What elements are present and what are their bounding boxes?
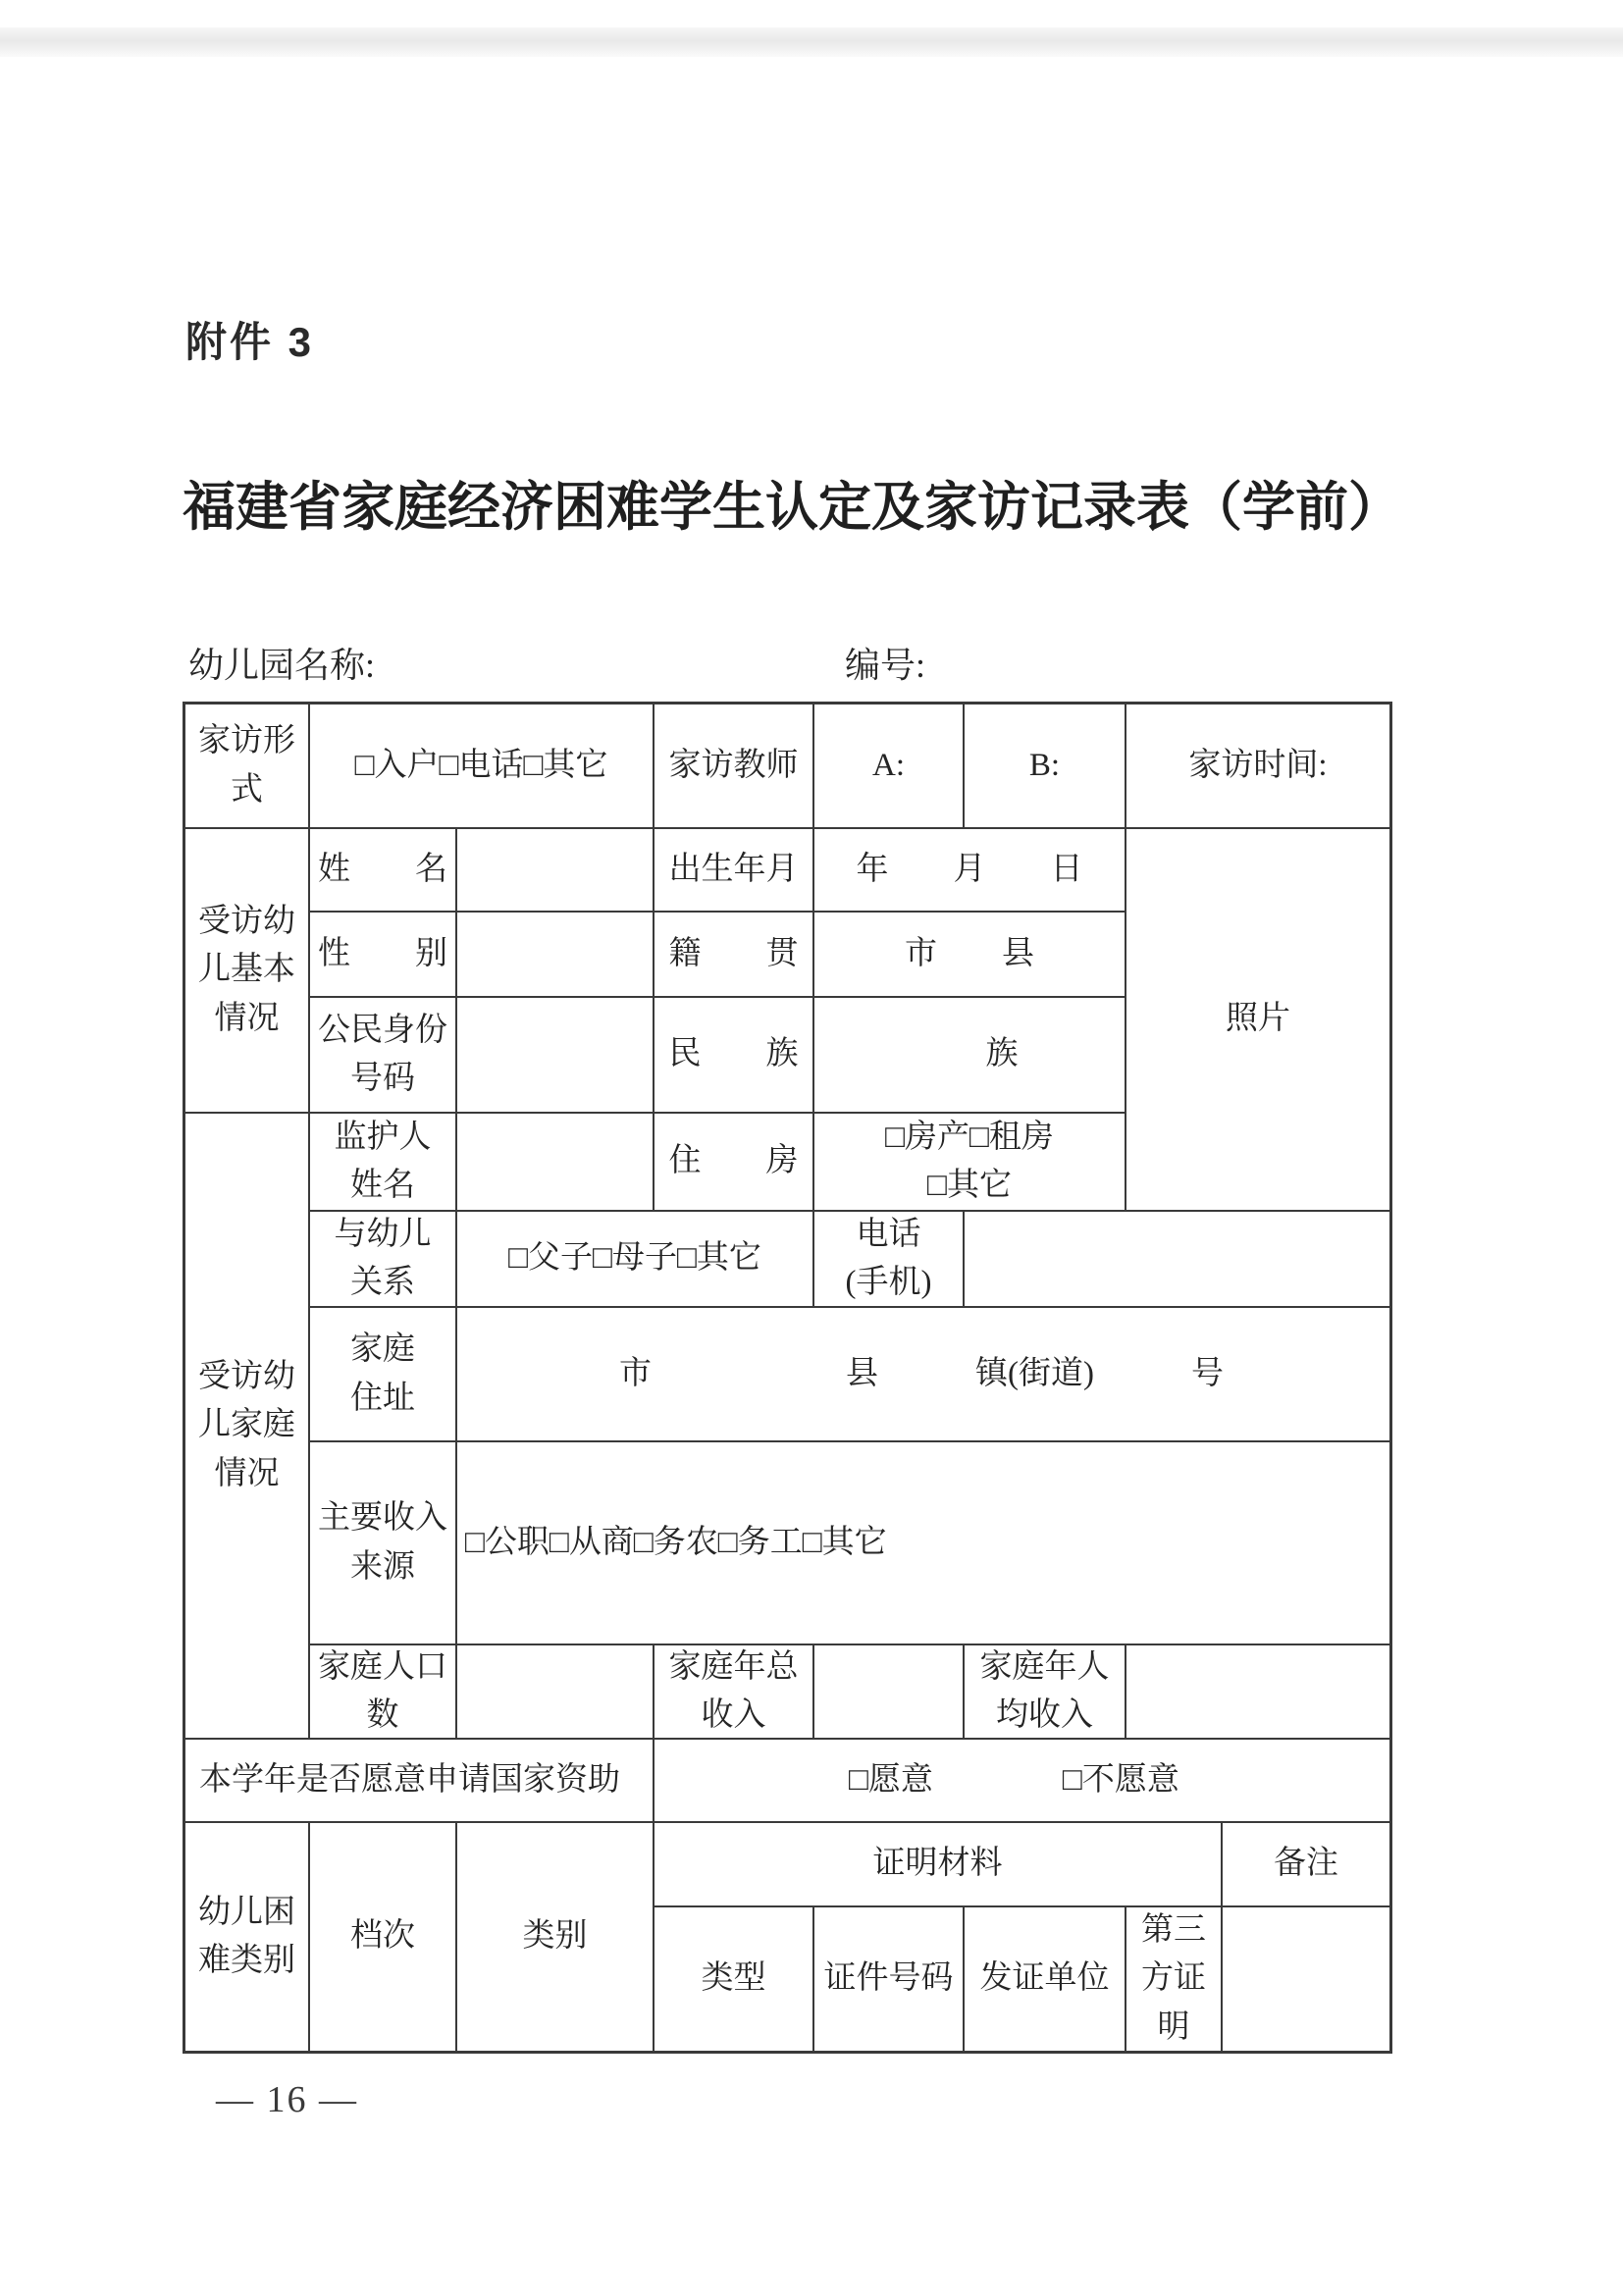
cell-native-place-value: 市 县 bbox=[812, 911, 1125, 996]
cell-birthdate-label: 出生年月 bbox=[653, 827, 812, 911]
cell-annual-income-value bbox=[812, 1644, 963, 1738]
cell-teacher-a: A: bbox=[812, 704, 963, 827]
cell-home-address-label: 家庭 住址 bbox=[308, 1306, 455, 1440]
cell-family-size-label: 家庭人口 数 bbox=[308, 1644, 455, 1738]
cell-phone-value bbox=[963, 1210, 1389, 1306]
cell-income-source-options: □公职□从商□务农□务工□其它 bbox=[455, 1440, 1389, 1644]
cell-name-value bbox=[455, 827, 653, 911]
cell-proof-materials-header: 证明材料 bbox=[653, 1821, 1221, 1905]
cell-housing-label: 住 房 bbox=[653, 1112, 812, 1210]
cell-home-visit-teacher-label: 家访教师 bbox=[653, 704, 812, 827]
cell-housing-options: □房产□租房 □其它 bbox=[812, 1112, 1125, 1210]
section-difficulty-category: 幼儿困 难类别 bbox=[185, 1821, 308, 2051]
cell-issuing-authority-label: 发证单位 bbox=[963, 1905, 1125, 2051]
cell-annual-income-label: 家庭年总 收入 bbox=[653, 1644, 812, 1738]
cell-guardian-name-value bbox=[455, 1112, 653, 1210]
form-table: 家访形 式□入户□电话□其它家访教师A:B:家访时间:受访幼 儿基本 情况姓 名… bbox=[183, 702, 1392, 2054]
cell-name-label: 姓 名 bbox=[308, 827, 455, 911]
attachment-label: 附件 3 bbox=[185, 310, 314, 369]
cell-per-capita-income-value bbox=[1125, 1644, 1389, 1738]
cell-apply-willingness-label: 本学年是否愿意申请国家资助 bbox=[185, 1738, 653, 1821]
scanned-page: 附件 3 福建省家庭经济困难学生认定及家访记录表（学前） 幼儿园名称: 编号: … bbox=[0, 0, 1623, 2296]
cell-id-number-value bbox=[455, 996, 653, 1112]
page-number: — 16 — bbox=[216, 2078, 358, 2121]
cell-home-visit-form-options: □入户□电话□其它 bbox=[308, 704, 653, 827]
cell-gender-value bbox=[455, 911, 653, 996]
cell-apply-willingness-options: □愿意 □不愿意 bbox=[653, 1738, 1389, 1821]
cell-phone-label: 电话 (手机) bbox=[812, 1210, 963, 1306]
cell-ethnicity-value: 族 bbox=[812, 996, 1125, 1112]
cell-birthdate-value: 年 月 日 bbox=[812, 827, 1125, 911]
cell-id-number-label: 公民身份 号码 bbox=[308, 996, 455, 1112]
cell-third-party-proof-label: 第三 方证 明 bbox=[1125, 1905, 1221, 2051]
serial-number-label: 编号: bbox=[845, 638, 925, 688]
cell-guardian-name-label: 监护人 姓名 bbox=[308, 1112, 455, 1210]
cell-home-visit-form-label: 家访形 式 bbox=[185, 704, 308, 827]
cell-native-place-label: 籍 贯 bbox=[653, 911, 812, 996]
cell-photo: 照片 bbox=[1125, 827, 1389, 1210]
cell-relation-label: 与幼儿 关系 bbox=[308, 1210, 455, 1306]
form-title: 福建省家庭经济困难学生认定及家访记录表（学前） bbox=[183, 465, 1387, 541]
cell-home-visit-time-label: 家访时间: bbox=[1125, 704, 1389, 827]
cell-home-address-value: 市 县 镇(街道) 号 bbox=[455, 1306, 1389, 1440]
cell-proof-type-label: 类型 bbox=[653, 1905, 812, 2051]
scan-artifact-band bbox=[0, 27, 1623, 57]
cell-certificate-number-label: 证件号码 bbox=[812, 1905, 963, 2051]
cell-teacher-b: B: bbox=[963, 704, 1125, 827]
cell-relation-options: □父子□母子□其它 bbox=[455, 1210, 812, 1306]
cell-remarks-value bbox=[1221, 1905, 1389, 2051]
kindergarten-name-label: 幼儿园名称: bbox=[188, 638, 375, 688]
cell-ethnicity-label: 民 族 bbox=[653, 996, 812, 1112]
cell-gender-label: 性 别 bbox=[308, 911, 455, 996]
cell-income-source-label: 主要收入 来源 bbox=[308, 1440, 455, 1644]
section-child-family-info: 受访幼 儿家庭 情况 bbox=[185, 1112, 308, 1738]
cell-category-label: 类别 bbox=[455, 1821, 653, 2051]
cell-remarks-header: 备注 bbox=[1221, 1821, 1389, 1905]
section-child-basic-info: 受访幼 儿基本 情况 bbox=[185, 827, 308, 1112]
cell-tier-label: 档次 bbox=[308, 1821, 455, 2051]
cell-family-size-value bbox=[455, 1644, 653, 1738]
cell-per-capita-income-label: 家庭年人 均收入 bbox=[963, 1644, 1125, 1738]
